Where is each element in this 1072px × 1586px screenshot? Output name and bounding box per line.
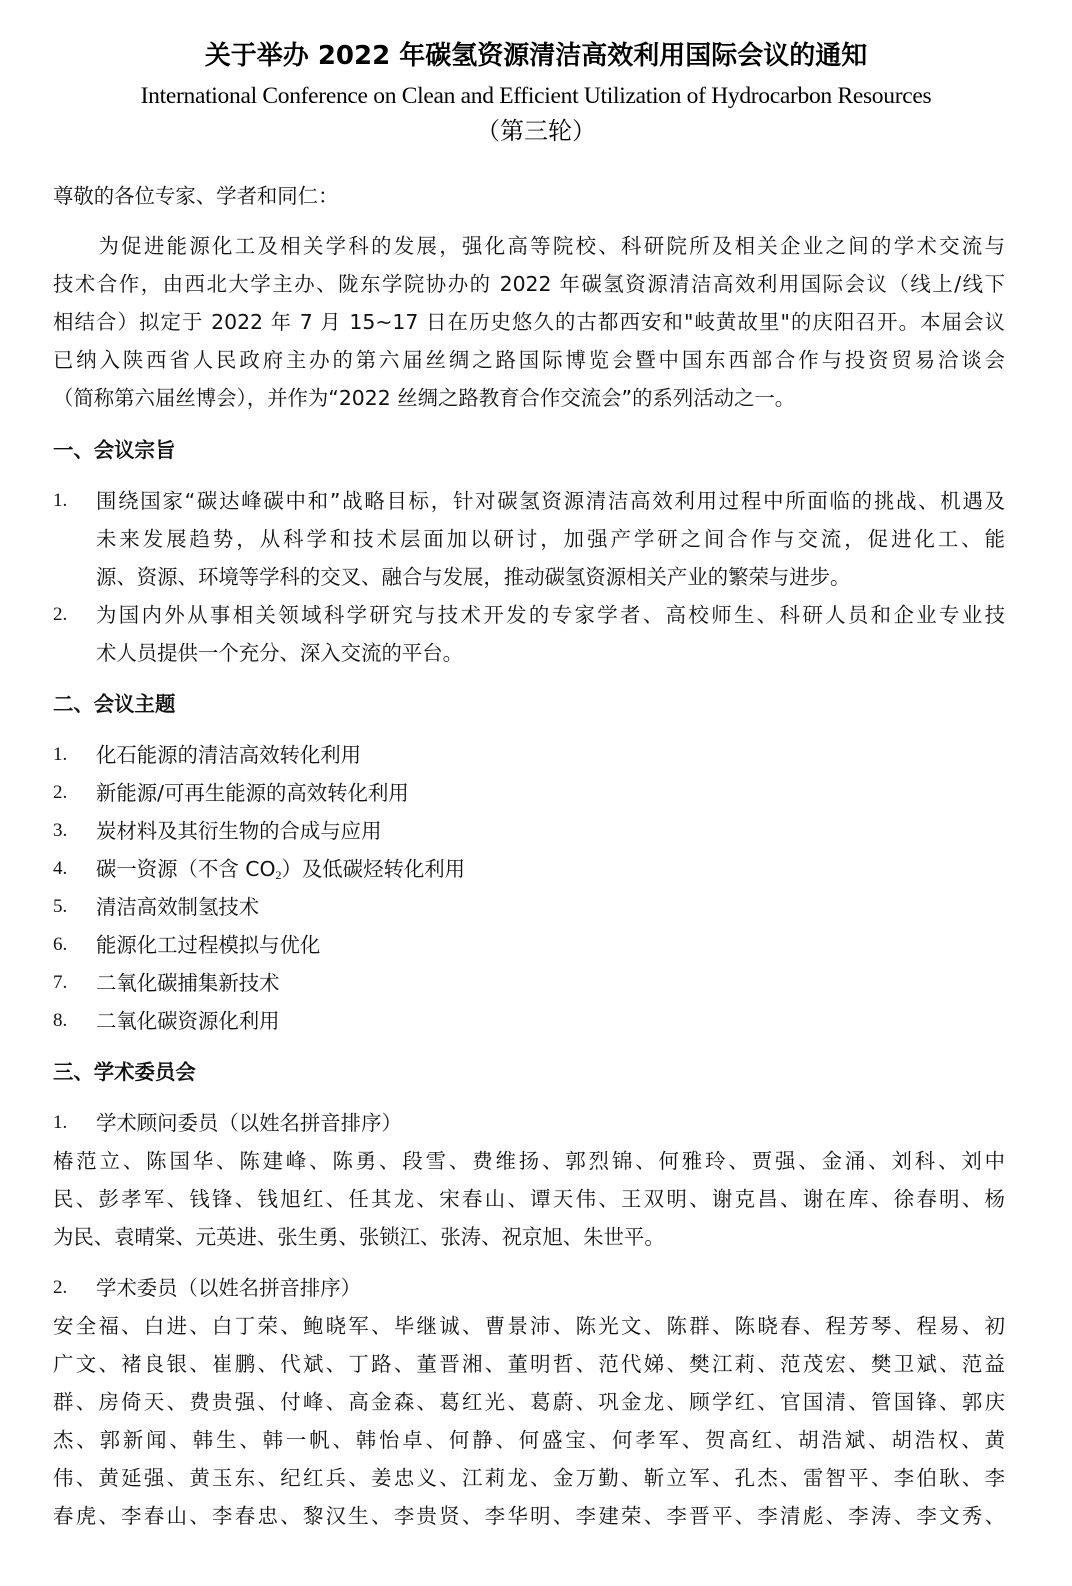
- purpose-item-line: 术人员提供一个充分、深入交流的平台。: [96, 638, 463, 668]
- salutation: 尊敬的各位专家、学者和同仁：: [53, 181, 338, 211]
- purpose-item-line: 源、资源、环境等学科的交叉、融合与发展，推动碳氢资源相关产业的繁荣与进步。: [96, 562, 850, 592]
- topic-item: 炭材料及其衍生物的合成与应用: [96, 816, 381, 846]
- list-number: 6.: [53, 930, 67, 960]
- document-page: 关于举办 2022 年碳氢资源清洁高效利用国际会议的通知 Internation…: [0, 0, 1072, 1586]
- list-number: 2.: [53, 778, 67, 808]
- list-number: 8.: [53, 1006, 67, 1036]
- committee-names-line: 伟、黄延强、黄玉东、纪红兵、姜忠义、江莉龙、金万勤、靳立军、孔杰、雷智平、李伯耿…: [53, 1463, 1005, 1493]
- list-number: 1.: [53, 740, 67, 770]
- topic-item: 二氧化碳捕集新技术: [96, 968, 280, 998]
- list-number: 1.: [53, 486, 67, 516]
- topic-item: 能源化工过程模拟与优化: [96, 930, 320, 960]
- advisory-names-line: 为民、袁晴棠、元英进、张生勇、张锁江、张涛、祝京旭、朱世平。: [53, 1222, 665, 1252]
- list-number: 1.: [53, 1108, 67, 1138]
- list-number: 2.: [53, 1273, 67, 1303]
- academic-committee-label: 学术委员（以姓名拼音排序）: [96, 1273, 361, 1303]
- intro-line-last: （简称第六届丝博会），并作为“2022 丝绸之路教育合作交流会”的系列活动之一。: [53, 383, 795, 413]
- section-heading-topics: 二、会议主题: [53, 689, 175, 719]
- committee-names-line: 杰、郭新闻、韩生、韩一帆、韩怡卓、何静、何盛宝、何孝军、贺高红、胡浩斌、胡浩权、…: [53, 1425, 1005, 1455]
- section-heading-purpose: 一、会议宗旨: [53, 435, 175, 465]
- section-heading-committee: 三、学术委员会: [53, 1057, 196, 1087]
- list-number: 5.: [53, 892, 67, 922]
- list-number: 3.: [53, 816, 67, 846]
- intro-line: 技术合作，由西北大学主办、陇东学院协办的 2022 年碳氢资源清洁高效利用国际会…: [53, 269, 1005, 299]
- advisory-names-line: 民、彭孝军、钱锋、钱旭红、任其龙、宋春山、谭天伟、王双明、谢克昌、谢在库、徐春明…: [53, 1184, 1005, 1214]
- list-number: 2.: [53, 600, 67, 630]
- topic-item: 二氧化碳资源化利用: [96, 1006, 280, 1036]
- list-number: 4.: [53, 854, 67, 884]
- intro-line: 为促进能源化工及相关学科的发展，强化高等院校、科研院所及相关企业之间的学术交流与: [53, 231, 1005, 261]
- advisory-names-line: 椿范立、陈国华、陈建峰、陈勇、段雪、费维扬、郭烈锦、何雅玲、贾强、金涌、刘科、刘…: [53, 1146, 1005, 1176]
- notice-round: （第三轮）: [0, 114, 1072, 148]
- topic-item: 碳一资源（不含 CO2）及低碳烃转化利用: [96, 854, 465, 884]
- committee-names-line: 群、房倚天、费贵强、付峰、高金森、葛红光、葛蔚、巩金龙、顾学红、官国清、管国锋、…: [53, 1387, 1005, 1417]
- purpose-item-line: 围绕国家“碳达峰碳中和”战略目标，针对碳氢资源清洁高效利用过程中所面临的挑战、机…: [96, 486, 1005, 516]
- english-subtitle: International Conference on Clean and Ef…: [0, 80, 1072, 112]
- committee-names-line: 安全福、白进、白丁荣、鲍晓军、毕继诚、曹景沛、陈光文、陈群、陈晓春、程芳琴、程易…: [53, 1311, 1005, 1341]
- purpose-item-line: 为国内外从事相关领域科学研究与技术开发的专家学者、高校师生、科研人员和企业专业技: [96, 600, 1005, 630]
- committee-names-line: 春虎、李春山、李春忠、黎汉生、李贵贤、李华明、李建荣、李晋平、李清彪、李涛、李文…: [53, 1501, 1005, 1531]
- topic-item: 清洁高效制氢技术: [96, 892, 259, 922]
- intro-line: 相结合）拟定于 2022 年 7 月 15~17 日在历史悠久的古都西安和"岐黄…: [53, 307, 1005, 337]
- intro-line: 已纳入陕西省人民政府主办的第六届丝绸之路国际博览会暨中国东西部合作与投资贸易洽谈…: [53, 345, 1005, 375]
- purpose-item-line: 未来发展趋势，从科学和技术层面加以研讨，加强产学研之间合作与交流，促进化工、能: [96, 524, 1005, 554]
- list-number: 7.: [53, 968, 67, 998]
- document-title: 关于举办 2022 年碳氢资源清洁高效利用国际会议的通知: [0, 38, 1072, 74]
- committee-names-line: 广文、褚良银、崔鹏、代斌、丁路、董晋湘、董明哲、范代娣、樊江莉、范茂宏、樊卫斌、…: [53, 1349, 1005, 1379]
- topic-item: 新能源/可再生能源的高效转化利用: [96, 778, 409, 808]
- advisory-committee-label: 学术顾问委员（以姓名拼音排序）: [96, 1108, 402, 1138]
- topic-item: 化石能源的清洁高效转化利用: [96, 740, 361, 770]
